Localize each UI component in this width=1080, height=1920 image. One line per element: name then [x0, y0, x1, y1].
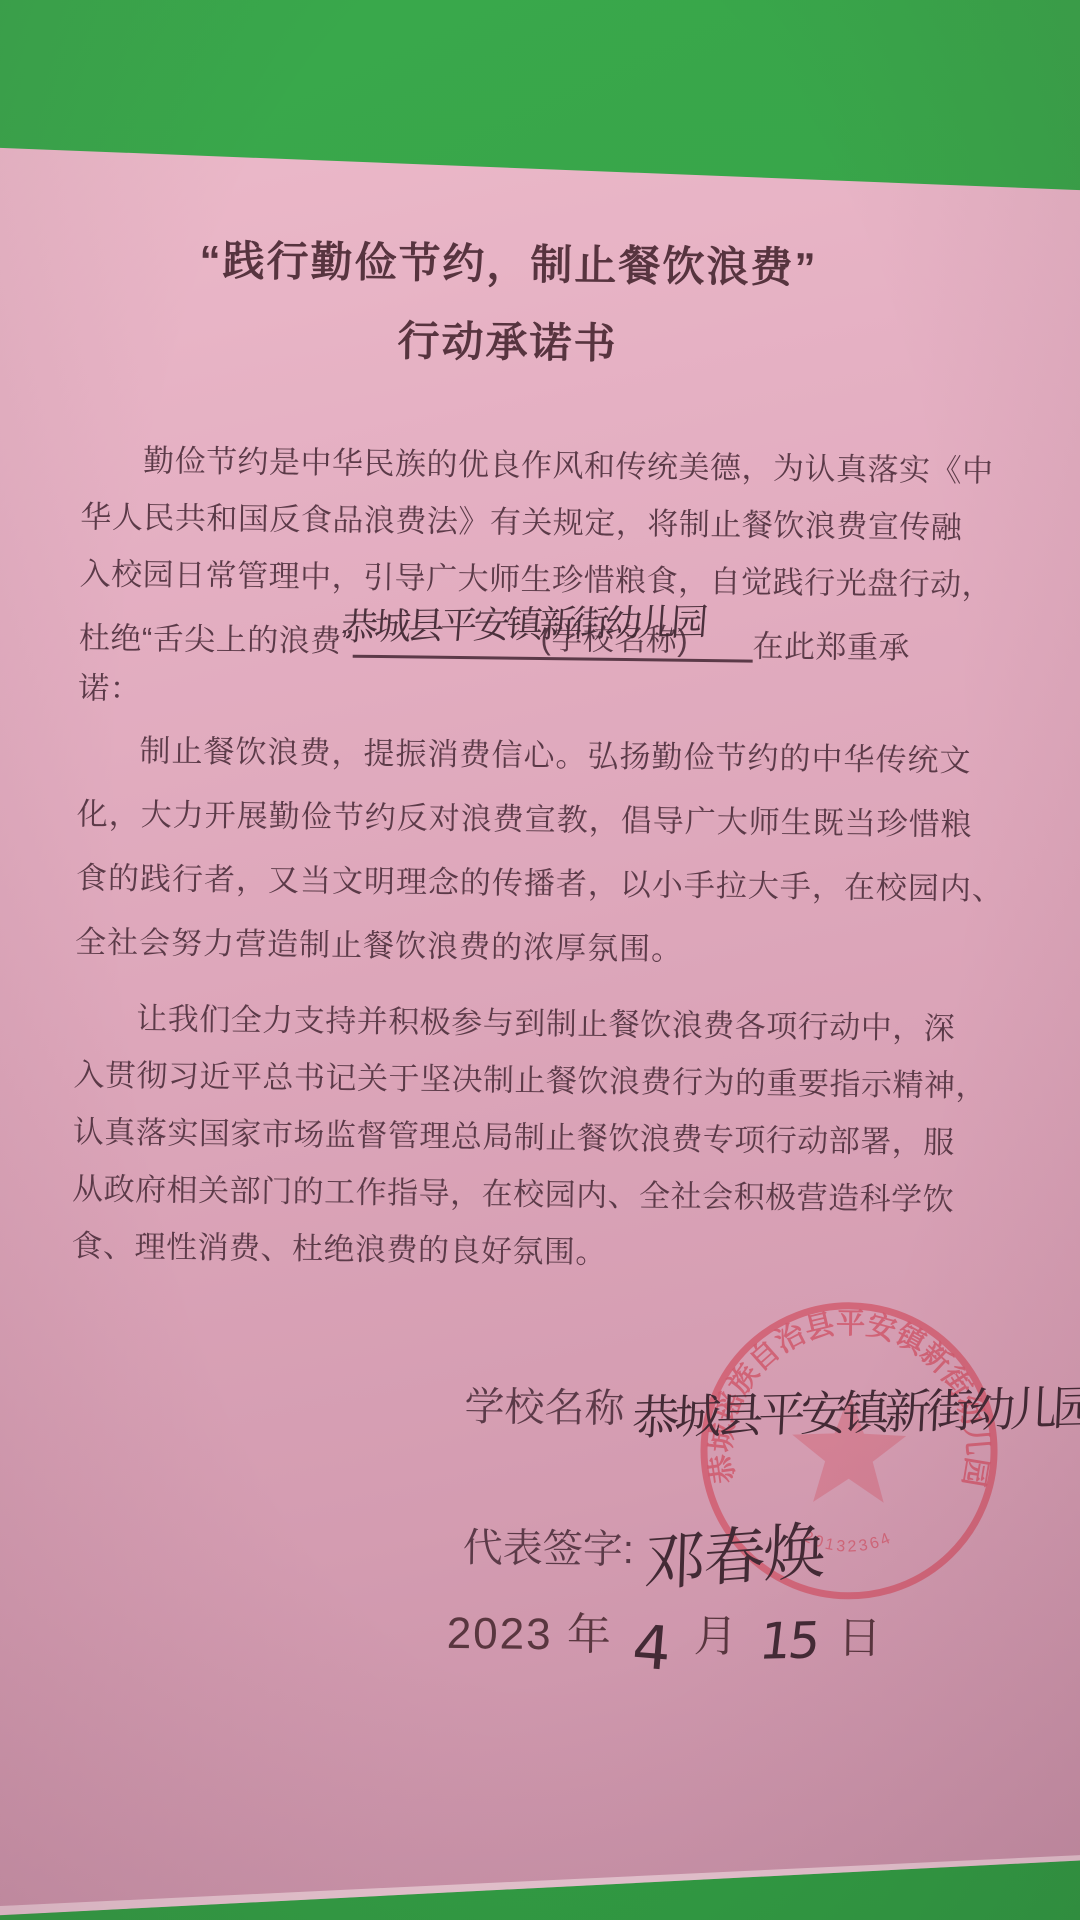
photo-of-document: “践行勤俭节约，制止餐饮浪费” 行动承诺书 勤俭节约是中华民族的优良作风和传统美… — [0, 0, 1080, 1920]
paragraph1-line5: 诺： — [78, 672, 1018, 714]
date-day-unit: 日 — [837, 1614, 884, 1664]
paragraph3-line3: 认真落实国家市场监督管理总局制止餐饮浪费专项行动部署，服 — [73, 1116, 1013, 1158]
pink-paper-sheet: “践行勤俭节约，制止餐饮浪费” 行动承诺书 勤俭节约是中华民族的优良作风和传统美… — [0, 0, 1080, 1920]
paragraph3-line5: 食、理性消费、杜绝浪费的良好氛围。 — [71, 1230, 1011, 1272]
date-year-unit: 年 — [567, 1610, 614, 1660]
school-name-handwriting: 恭城县平安镇新街幼儿园 — [631, 1371, 1080, 1449]
signature-handwriting: 邓春焕 — [643, 1500, 825, 1603]
school-name-label: 学校名称 — [464, 1385, 625, 1431]
signature-label: 代表签字: — [463, 1526, 635, 1572]
paragraph1-line4-text: 杜绝“舌尖上的浪费” — [79, 620, 353, 658]
paragraph3-line2: 入贯彻习近平总书记关于坚决制止餐饮浪费行为的重要指示精神， — [73, 1059, 1013, 1101]
paragraph1-line3: 入校园日常管理中，引导广大师生珍惜粮食，自觉践行光盘行动， — [79, 558, 1019, 600]
paragraph1-line4: 杜绝“舌尖上的浪费”(学校名称)恭城县平安镇新街幼儿园在此郑重承 — [79, 615, 1019, 665]
paragraph2-line3: 食的践行者，又当文明理念的传播者，以小手拉大手，在校园内、 — [76, 862, 1016, 904]
school-name-blank-handwriting: 恭城县平安镇新街幼儿园 — [339, 602, 812, 646]
document-title-line2: 行动承诺书 — [7, 303, 1008, 375]
paragraph2-line4: 全社会努力营造制止餐饮浪费的浓厚氛围。 — [75, 926, 1015, 968]
date-year: 2023 — [446, 1609, 552, 1659]
date-line: 2023 年 4 月 15 日 — [446, 1597, 884, 1686]
paragraph1-line2: 华人民共和国反食品浪费法》有关规定，将制止餐饮浪费宣传融 — [80, 501, 1020, 543]
signature-line: 代表签字:邓春焕 — [462, 1504, 824, 1597]
paragraph2-line1: 制止餐饮浪费，提振消费信心。弘扬勤俭节约的中华传统文 — [77, 734, 1079, 777]
document-content: “践行勤俭节约，制止餐饮浪费” 行动承诺书 勤俭节约是中华民族的优良作风和传统美… — [0, 0, 1080, 1920]
paragraph2-line2: 化，大力开展勤俭节约反对浪费宣教，倡导广大师生既当珍惜粮 — [77, 798, 1017, 840]
document-title-line1: “践行勤俭节约，制止餐饮浪费” — [8, 225, 1009, 297]
paragraph1-line1: 勤俭节约是中华民族的优良作风和传统美德，为认真落实《中 — [81, 444, 1080, 487]
paragraph3-line4: 从政府相关部门的工作指导，在校园内、全社会积极营造科学饮 — [72, 1173, 1012, 1215]
date-day-handwriting: 15 — [756, 1611, 820, 1670]
paragraph3-line1: 让我们全力支持并积极参与到制止餐饮浪费各项行动中，深 — [74, 1002, 1076, 1045]
date-month-unit: 月 — [693, 1612, 740, 1662]
date-month-handwriting: 4 — [630, 1612, 676, 1685]
school-name-blank: (学校名称)恭城县平安镇新街幼儿园 — [352, 619, 752, 663]
school-name-line: 学校名称恭城县平安镇新街幼儿园 — [464, 1371, 1080, 1446]
